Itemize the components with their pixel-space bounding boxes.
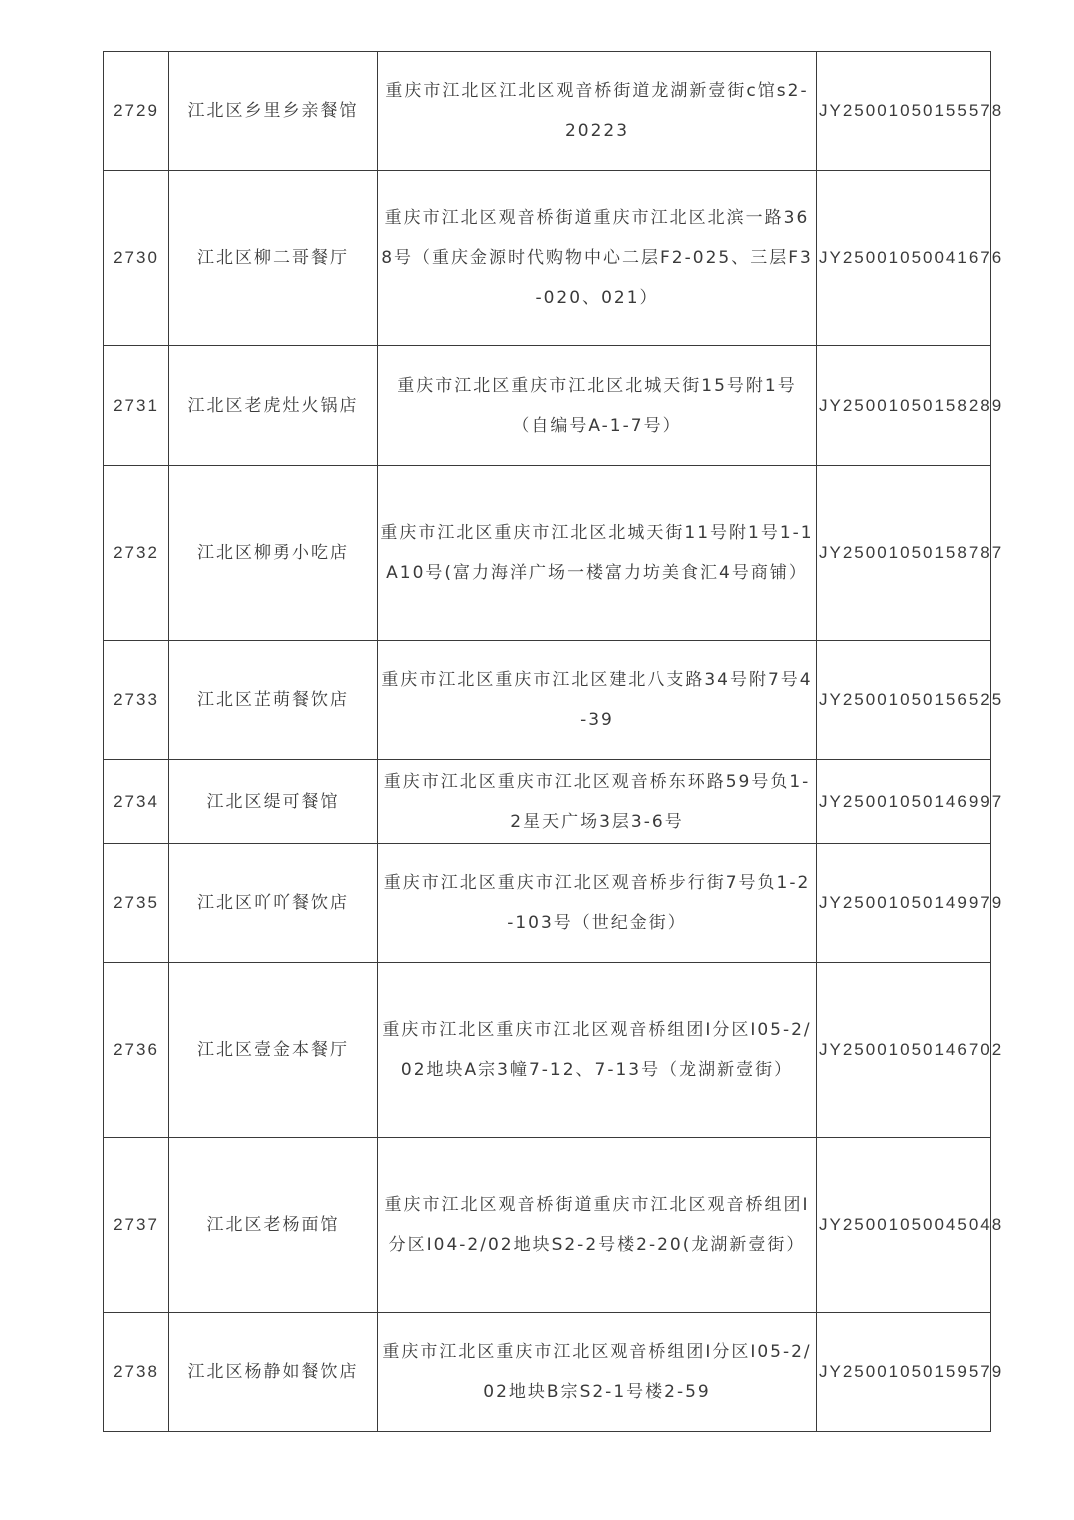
- table-row: 2729 江北区乡里乡亲餐馆 重庆市江北区江北区观音桥街道龙湖新壹街c馆s2-2…: [104, 52, 991, 171]
- table-row: 2736 江北区壹金本餐厅 重庆市江北区重庆市江北区观音桥组团Ⅰ分区Ⅰ05-2/…: [104, 963, 991, 1138]
- table-row: 2731 江北区老虎灶火锅店 重庆市江北区重庆市江北区北城天街15号附1号（自编…: [104, 346, 991, 466]
- license-number: JY25001050146702: [817, 963, 991, 1138]
- table-row: 2730 江北区柳二哥餐厅 重庆市江北区观音桥街道重庆市江北区北滨一路368号（…: [104, 171, 991, 346]
- table-row: 2737 江北区老杨面馆 重庆市江北区观音桥街道重庆市江北区观音桥组团Ⅰ分区I0…: [104, 1138, 991, 1313]
- license-number: JY25001050146997: [817, 760, 991, 844]
- business-address: 重庆市江北区重庆市江北区观音桥组团Ⅰ分区Ⅰ05-2/02地块A宗3幢7-12、7…: [378, 963, 817, 1138]
- license-number: JY25001050149979: [817, 844, 991, 963]
- business-address: 重庆市江北区重庆市江北区北城天街11号附1号1-1A10号(富力海洋广场一楼富力…: [378, 466, 817, 641]
- row-number: 2731: [104, 346, 169, 466]
- row-number: 2738: [104, 1313, 169, 1432]
- business-name: 江北区杨静如餐饮店: [169, 1313, 378, 1432]
- business-address: 重庆市江北区重庆市江北区观音桥步行街7号负1-2-103号（世纪金街）: [378, 844, 817, 963]
- table-row: 2733 江北区芷萌餐饮店 重庆市江北区重庆市江北区建北八支路34号附7号4-3…: [104, 641, 991, 760]
- business-name: 江北区乡里乡亲餐馆: [169, 52, 378, 171]
- business-name: 江北区柳勇小吃店: [169, 466, 378, 641]
- row-number: 2732: [104, 466, 169, 641]
- business-name: 江北区壹金本餐厅: [169, 963, 378, 1138]
- license-number: JY25001050159579: [817, 1313, 991, 1432]
- business-address: 重庆市江北区重庆市江北区观音桥组团Ⅰ分区I05-2/02地块B宗S2-1号楼2-…: [378, 1313, 817, 1432]
- business-name: 江北区吖吖餐饮店: [169, 844, 378, 963]
- row-number: 2734: [104, 760, 169, 844]
- table-row: 2732 江北区柳勇小吃店 重庆市江北区重庆市江北区北城天街11号附1号1-1A…: [104, 466, 991, 641]
- business-name: 江北区老虎灶火锅店: [169, 346, 378, 466]
- row-number: 2736: [104, 963, 169, 1138]
- business-name: 江北区芷萌餐饮店: [169, 641, 378, 760]
- business-name: 江北区柳二哥餐厅: [169, 171, 378, 346]
- row-number: 2737: [104, 1138, 169, 1313]
- business-address: 重庆市江北区观音桥街道重庆市江北区观音桥组团Ⅰ分区I04-2/02地块S2-2号…: [378, 1138, 817, 1313]
- license-number: JY25001050158787: [817, 466, 991, 641]
- business-address: 重庆市江北区重庆市江北区建北八支路34号附7号4-39: [378, 641, 817, 760]
- table-row: 2735 江北区吖吖餐饮店 重庆市江北区重庆市江北区观音桥步行街7号负1-2-1…: [104, 844, 991, 963]
- row-number: 2735: [104, 844, 169, 963]
- business-address: 重庆市江北区重庆市江北区北城天街15号附1号（自编号A-1-7号）: [378, 346, 817, 466]
- license-number: JY25001050155578: [817, 52, 991, 171]
- table-row: 2734 江北区缇可餐馆 重庆市江北区重庆市江北区观音桥东环路59号负1-2星天…: [104, 760, 991, 844]
- table-row: 2738 江北区杨静如餐饮店 重庆市江北区重庆市江北区观音桥组团Ⅰ分区I05-2…: [104, 1313, 991, 1432]
- row-number: 2730: [104, 171, 169, 346]
- business-name: 江北区缇可餐馆: [169, 760, 378, 844]
- business-address: 重庆市江北区重庆市江北区观音桥东环路59号负1-2星天广场3层3-6号: [378, 760, 817, 844]
- business-license-table: 2729 江北区乡里乡亲餐馆 重庆市江北区江北区观音桥街道龙湖新壹街c馆s2-2…: [103, 51, 991, 1432]
- license-number: JY25001050045048: [817, 1138, 991, 1313]
- license-number: JY25001050156525: [817, 641, 991, 760]
- business-name: 江北区老杨面馆: [169, 1138, 378, 1313]
- license-number: JY25001050041676: [817, 171, 991, 346]
- license-number: JY25001050158289: [817, 346, 991, 466]
- business-address: 重庆市江北区江北区观音桥街道龙湖新壹街c馆s2-20223: [378, 52, 817, 171]
- row-number: 2733: [104, 641, 169, 760]
- row-number: 2729: [104, 52, 169, 171]
- business-address: 重庆市江北区观音桥街道重庆市江北区北滨一路368号（重庆金源时代购物中心二层F2…: [378, 171, 817, 346]
